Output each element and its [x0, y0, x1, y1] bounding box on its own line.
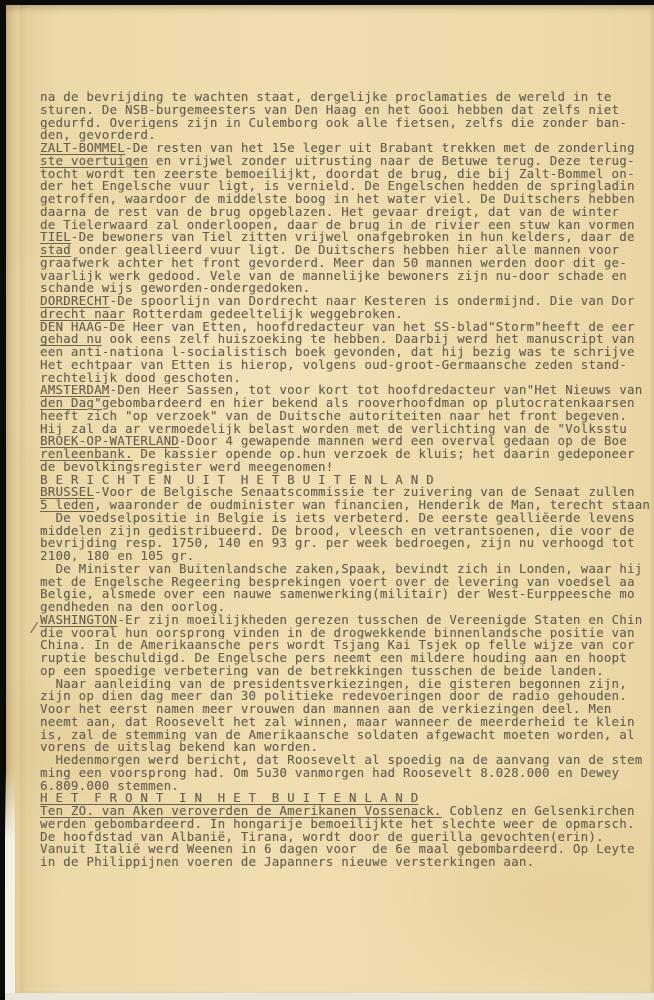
text-line: Hij zal da ar vermoedelijk belast worden… [40, 423, 654, 436]
text-segment: -De resten van het 15e leger uit Brabant… [125, 142, 635, 155]
text-segment: , waaronder de oudminister wan financien… [94, 499, 650, 512]
text-segment: -Er zijn moeilijkheden gerezen tusschen … [117, 614, 642, 627]
text-segment: Hij zal da ar vermoedelijk belast worden… [40, 423, 627, 436]
underlined-text-segment: DEN HAAG [40, 321, 102, 334]
text-segment: Voor het eerst namen meer vrouwen dan ma… [40, 703, 612, 716]
text-line: graafwerk achter het front gevorderd. Me… [40, 257, 654, 270]
text-segment: na de bevrijding te wachten staat, derge… [40, 91, 612, 104]
text-segment: China. In de Amerikaansche pers wordt Ts… [40, 639, 635, 652]
text-line: renleenbank. De kassier opende op.hun ve… [40, 448, 654, 461]
text-line: vorens de uitslag bekend kan worden. [40, 741, 654, 754]
text-line: Hedenmorgen werd bericht, dat Roosevelt … [40, 754, 654, 767]
text-segment: Hedenmorgen werd bericht, dat Roosevelt … [40, 754, 642, 767]
text-line: DEN HAAG-De Heer van Etten, hoofdredacte… [40, 321, 654, 334]
text-segment: zijn op dien dag meer dan 30 politieke r… [40, 690, 627, 703]
text-segment: -Voor de Belgische Senaatscommissie ter … [94, 486, 635, 499]
underlined-text-segment: Ten ZO. van Aken veroverden de Amerikane… [40, 805, 442, 818]
text-segment: der het Engelsche vuur ligt, is vernield… [40, 180, 635, 193]
underlined-text-segment: ste voertuigen [40, 155, 148, 168]
text-segment: vaarlijk werk gedood. Vele van de mannel… [40, 270, 627, 283]
text-segment: gendheden na den oorlog. [40, 601, 225, 614]
underlined-text-segment: 5 leden [40, 499, 94, 512]
text-line: ruptie beschuldigd. De Engelsche pers ne… [40, 652, 654, 665]
underlined-text-segment: drecht naar [40, 308, 125, 321]
text-segment: Rotterdam gedeeltelijk weggebroken. [125, 308, 403, 321]
text-line: drecht naar Rotterdam gedeeltelijk wegge… [40, 308, 654, 321]
scanned-document: na de bevrijding te wachten staat, derge… [0, 0, 654, 1000]
text-line: den Dag"gebombardeerd en hier bekend als… [40, 397, 654, 410]
text-line: getroffen, waardoor de middelste boog in… [40, 193, 654, 206]
text-line: China. In de Amerikaansche pers wordt Ts… [40, 639, 654, 652]
text-line: De hoofdstad van Albanië, Tirana, wordt … [40, 831, 654, 844]
text-line: Belgie, alsmede over een nauwe samenwerk… [40, 588, 654, 601]
text-line: 5 leden, waaronder de oudminister wan fi… [40, 499, 654, 512]
text-line: der het Engelsche vuur ligt, is vernield… [40, 180, 654, 193]
text-line: schande wijs geworden-ondergedoken. [40, 282, 654, 295]
text-segment: schande wijs geworden-ondergedoken. [40, 282, 310, 295]
text-segment: ming een voorsprong had. Om 5u30 vanmorg… [40, 767, 619, 780]
text-line: B E R I C H T E N U I T H E T B U I T E … [40, 474, 654, 487]
underlined-text-segment: stad [40, 244, 71, 257]
text-segment: een anti-nationa l-socialistisch boek ge… [40, 346, 635, 359]
text-segment: -De spoorlijn van Dordrecht naar Kestere… [110, 295, 635, 308]
text-line: op een spoedige verbetering van de betre… [40, 665, 654, 678]
text-segment: Het echtpaar van Etten is hierop, volgen… [40, 359, 627, 372]
text-segment: -Door 4 gewapende mannen werd een overva… [179, 435, 627, 448]
text-segment: sturen. De NSB-burgemeesters van Den Haa… [40, 104, 619, 117]
underlined-text-segment: BROEK-OP-WATERLAND [40, 435, 179, 448]
text-segment: De Minister van Buitenlandsche zaken,Spa… [40, 563, 642, 576]
text-segment: hun oorsprong vinden in de drogwekkende … [117, 627, 634, 640]
text-line: neemt aan, dat Roosevelt het zal winnen,… [40, 716, 654, 729]
text-segment: neemt aan, dat Roosevelt het zal winnen,… [40, 716, 635, 729]
text-line: den, gevorderd. [40, 129, 654, 142]
text-segment: in de Philippijnen voeren de Japanners n… [40, 856, 534, 869]
text-line: in de Philippijnen voeren de Japanners n… [40, 856, 654, 869]
text-line: Voor het eerst namen meer vrouwen dan ma… [40, 703, 654, 716]
scan-edge-bottom-strip [5, 993, 654, 1000]
text-segment: den, gevorderd. [40, 129, 156, 142]
underlined-text-segment: ZALT-BOMMEL [40, 142, 125, 155]
text-line: ZALT-BOMMEL-De resten van het 15e leger … [40, 142, 654, 155]
text-line: de bevolkingsregister werd meegenomen! [40, 461, 654, 474]
text-segment: De hoofdstad van Albanië, Tirana, wordt … [40, 831, 604, 844]
text-segment: De voedselpositie in Belgie is iets verb… [40, 512, 635, 525]
underlined-text-segment: WASHINGTON [40, 614, 117, 627]
underlined-text-segment: TIEL [40, 231, 71, 244]
text-line: gedurfd. Overigens zijn in Culemborg ook… [40, 117, 654, 130]
paper-left-crease [20, 5, 27, 993]
text-line: Vanuit Italië werd Weenen in 6 dagen voo… [40, 843, 654, 856]
scan-edge-left-sliver [5, 770, 15, 1000]
text-line: heeft zich "op verzoek" van de Duitsche … [40, 410, 654, 423]
text-line: stad onder geallieerd vuur ligt. De Duit… [40, 244, 654, 257]
text-line: bevrijding resp. 1750, 140 en 93 gr. per… [40, 537, 654, 550]
text-line: rechtelijk dood geschoten. [40, 372, 654, 385]
underlined-text-segment: DORDRECHT [40, 295, 110, 308]
text-segment: Naar aanleiding van de presidentsverkiez… [40, 678, 627, 691]
underlined-text-segment: renleenbank. [40, 448, 133, 461]
text-line: is, zal de stemming van de Amerikaansche… [40, 729, 654, 742]
text-line: een anti-nationa l-socialistisch boek ge… [40, 346, 654, 359]
text-line: met de Engelsche Regeering besprekingen … [40, 576, 654, 589]
text-line: vaarlijk werk gedood. Vele van de mannel… [40, 270, 654, 283]
paper-sheet: na de bevrijding te wachten staat, derge… [6, 5, 654, 993]
underlined-text-segment: BRUSSEL [40, 486, 94, 499]
text-line: WASHINGTON-Er zijn moeilijkheden gerezen… [40, 614, 654, 627]
text-line: sturen. De NSB-burgemeesters van Den Haa… [40, 104, 654, 117]
text-segment: -De bewoners van Tiel zitten vrijwel ona… [71, 231, 635, 244]
underlined-text-segment: die vooral [40, 627, 117, 640]
text-line: BRUSSEL-Voor de Belgische Senaatscommiss… [40, 486, 654, 499]
text-line: 6.809.000 stemmen. [40, 780, 654, 793]
text-segment: getroffen, waardoor de middelste boog in… [40, 193, 635, 206]
text-line: gehad nu ook eens zelf huiszoeking te he… [40, 333, 654, 346]
underlined-text-segment: AMSTERDAM [40, 384, 110, 397]
text-line: na de bevrijding te wachten staat, derge… [40, 91, 654, 104]
text-segment: op een spoedige verbetering van de betre… [40, 665, 604, 678]
underlined-text-segment: H E T F R O N T I N H E T B U I T E N L … [40, 792, 418, 805]
text-segment: Belgie, alsmede over een nauwe samenwerk… [40, 588, 635, 601]
text-segment: is, zal de stemming van de Amerikaansche… [40, 729, 635, 742]
text-line: Ten ZO. van Aken veroverden de Amerikane… [40, 805, 654, 818]
text-segment: en vrijwel zonder uitrusting naar de Bet… [148, 155, 635, 168]
text-segment: vorens de uitslag bekend kan worden. [40, 741, 318, 754]
text-segment: onder geallieerd vuur ligt. De Duitscher… [71, 244, 619, 257]
text-line: de Tielerwaard zal onderloopen, daar de … [40, 219, 654, 232]
text-line: De Minister van Buitenlandsche zaken,Spa… [40, 563, 654, 576]
text-line: die vooral hun oorsprong vinden in de dr… [40, 627, 654, 640]
text-segment: Coblenz en Gelsenkirchen [442, 805, 635, 818]
text-segment: -Den Heer Sassen, tot voor kort tot hoof… [110, 384, 643, 397]
text-line: zijn op dien dag meer dan 30 politieke r… [40, 690, 654, 703]
handwritten-check-mark: / [29, 619, 40, 636]
text-line: H E T F R O N T I N H E T B U I T E N L … [40, 792, 654, 805]
text-segment: gedurfd. Overigens zijn in Culemborg ook… [40, 117, 627, 130]
text-segment: gebombardeerd en hier bekend als rooverh… [102, 397, 635, 410]
text-segment: ook eens zelf huiszoeking te hebben. Daa… [102, 333, 635, 346]
text-segment: middelen zijn gedistribueerd. De brood, … [40, 525, 635, 538]
text-segment: tocht wordt ten zeerste bemoeilijkt, doo… [40, 168, 635, 181]
text-segment: ruptie beschuldigd. De Engelsche pers ne… [40, 652, 627, 665]
text-line: Het echtpaar van Etten is hierop, volgen… [40, 359, 654, 372]
text-segment: 2100, 180 en 105 gr. [40, 550, 194, 563]
underlined-text-segment: gehad nu [40, 333, 102, 346]
text-line: De voedselpositie in Belgie is iets verb… [40, 512, 654, 525]
text-line: ste voertuigen en vrijwel zonder uitrust… [40, 155, 654, 168]
text-line: middelen zijn gedistribueerd. De brood, … [40, 525, 654, 538]
text-segment: rechtelijk dood geschoten. [40, 372, 241, 385]
text-line: Naar aanleiding van de presidentsverkiez… [40, 678, 654, 691]
text-line: BROEK-OP-WATERLAND-Door 4 gewapende mann… [40, 435, 654, 448]
text-segment: daarna de rest van de brug opgeblazen. H… [40, 206, 619, 219]
text-line: DORDRECHT-De spoorlijn van Dordrecht naa… [40, 295, 654, 308]
document-text: na de bevrijding te wachten staat, derge… [40, 91, 654, 869]
text-line: tocht wordt ten zeerste bemoeilijkt, doo… [40, 168, 654, 181]
text-segment: 6.809.000 stemmen. [40, 780, 179, 793]
text-segment: heeft zich "op verzoek" van de Duitsche … [40, 410, 627, 423]
text-segment: bevrijding resp. 1750, 140 en 93 gr. per… [40, 537, 635, 550]
text-segment: werden gebombardeerd. In hongarije bemoe… [40, 818, 635, 831]
text-segment: graafwerk achter het front gevorderd. Me… [40, 257, 627, 270]
text-line: gendheden na den oorlog. [40, 601, 654, 614]
text-line: daarna de rest van de brug opgeblazen. H… [40, 206, 654, 219]
underlined-text-segment: den Dag" [40, 397, 102, 410]
text-segment: met de Engelsche Regeering besprekingen … [40, 576, 635, 589]
text-line: AMSTERDAM-Den Heer Sassen, tot voor kort… [40, 384, 654, 397]
text-line: 2100, 180 en 105 gr. [40, 550, 654, 563]
text-segment: -De Heer van Etten, hoofdredacteur van h… [102, 321, 635, 334]
text-segment: De kassier opende op.hun verzoek de klui… [133, 448, 635, 461]
text-line: ming een voorsprong had. Om 5u30 vanmorg… [40, 767, 654, 780]
text-line: TIEL-De bewoners van Tiel zitten vrijwel… [40, 231, 654, 244]
text-segment: Vanuit Italië werd Weenen in 6 dagen voo… [40, 843, 635, 856]
text-segment: de bevolkingsregister werd meegenomen! [40, 461, 334, 474]
underlined-text-segment: B E R I C H T E N U I T H E T B U I T E … [40, 474, 434, 487]
text-line: werden gebombardeerd. In hongarije bemoe… [40, 818, 654, 831]
text-segment: de Tielerwaard zal onderloopen, daar de … [40, 219, 635, 232]
